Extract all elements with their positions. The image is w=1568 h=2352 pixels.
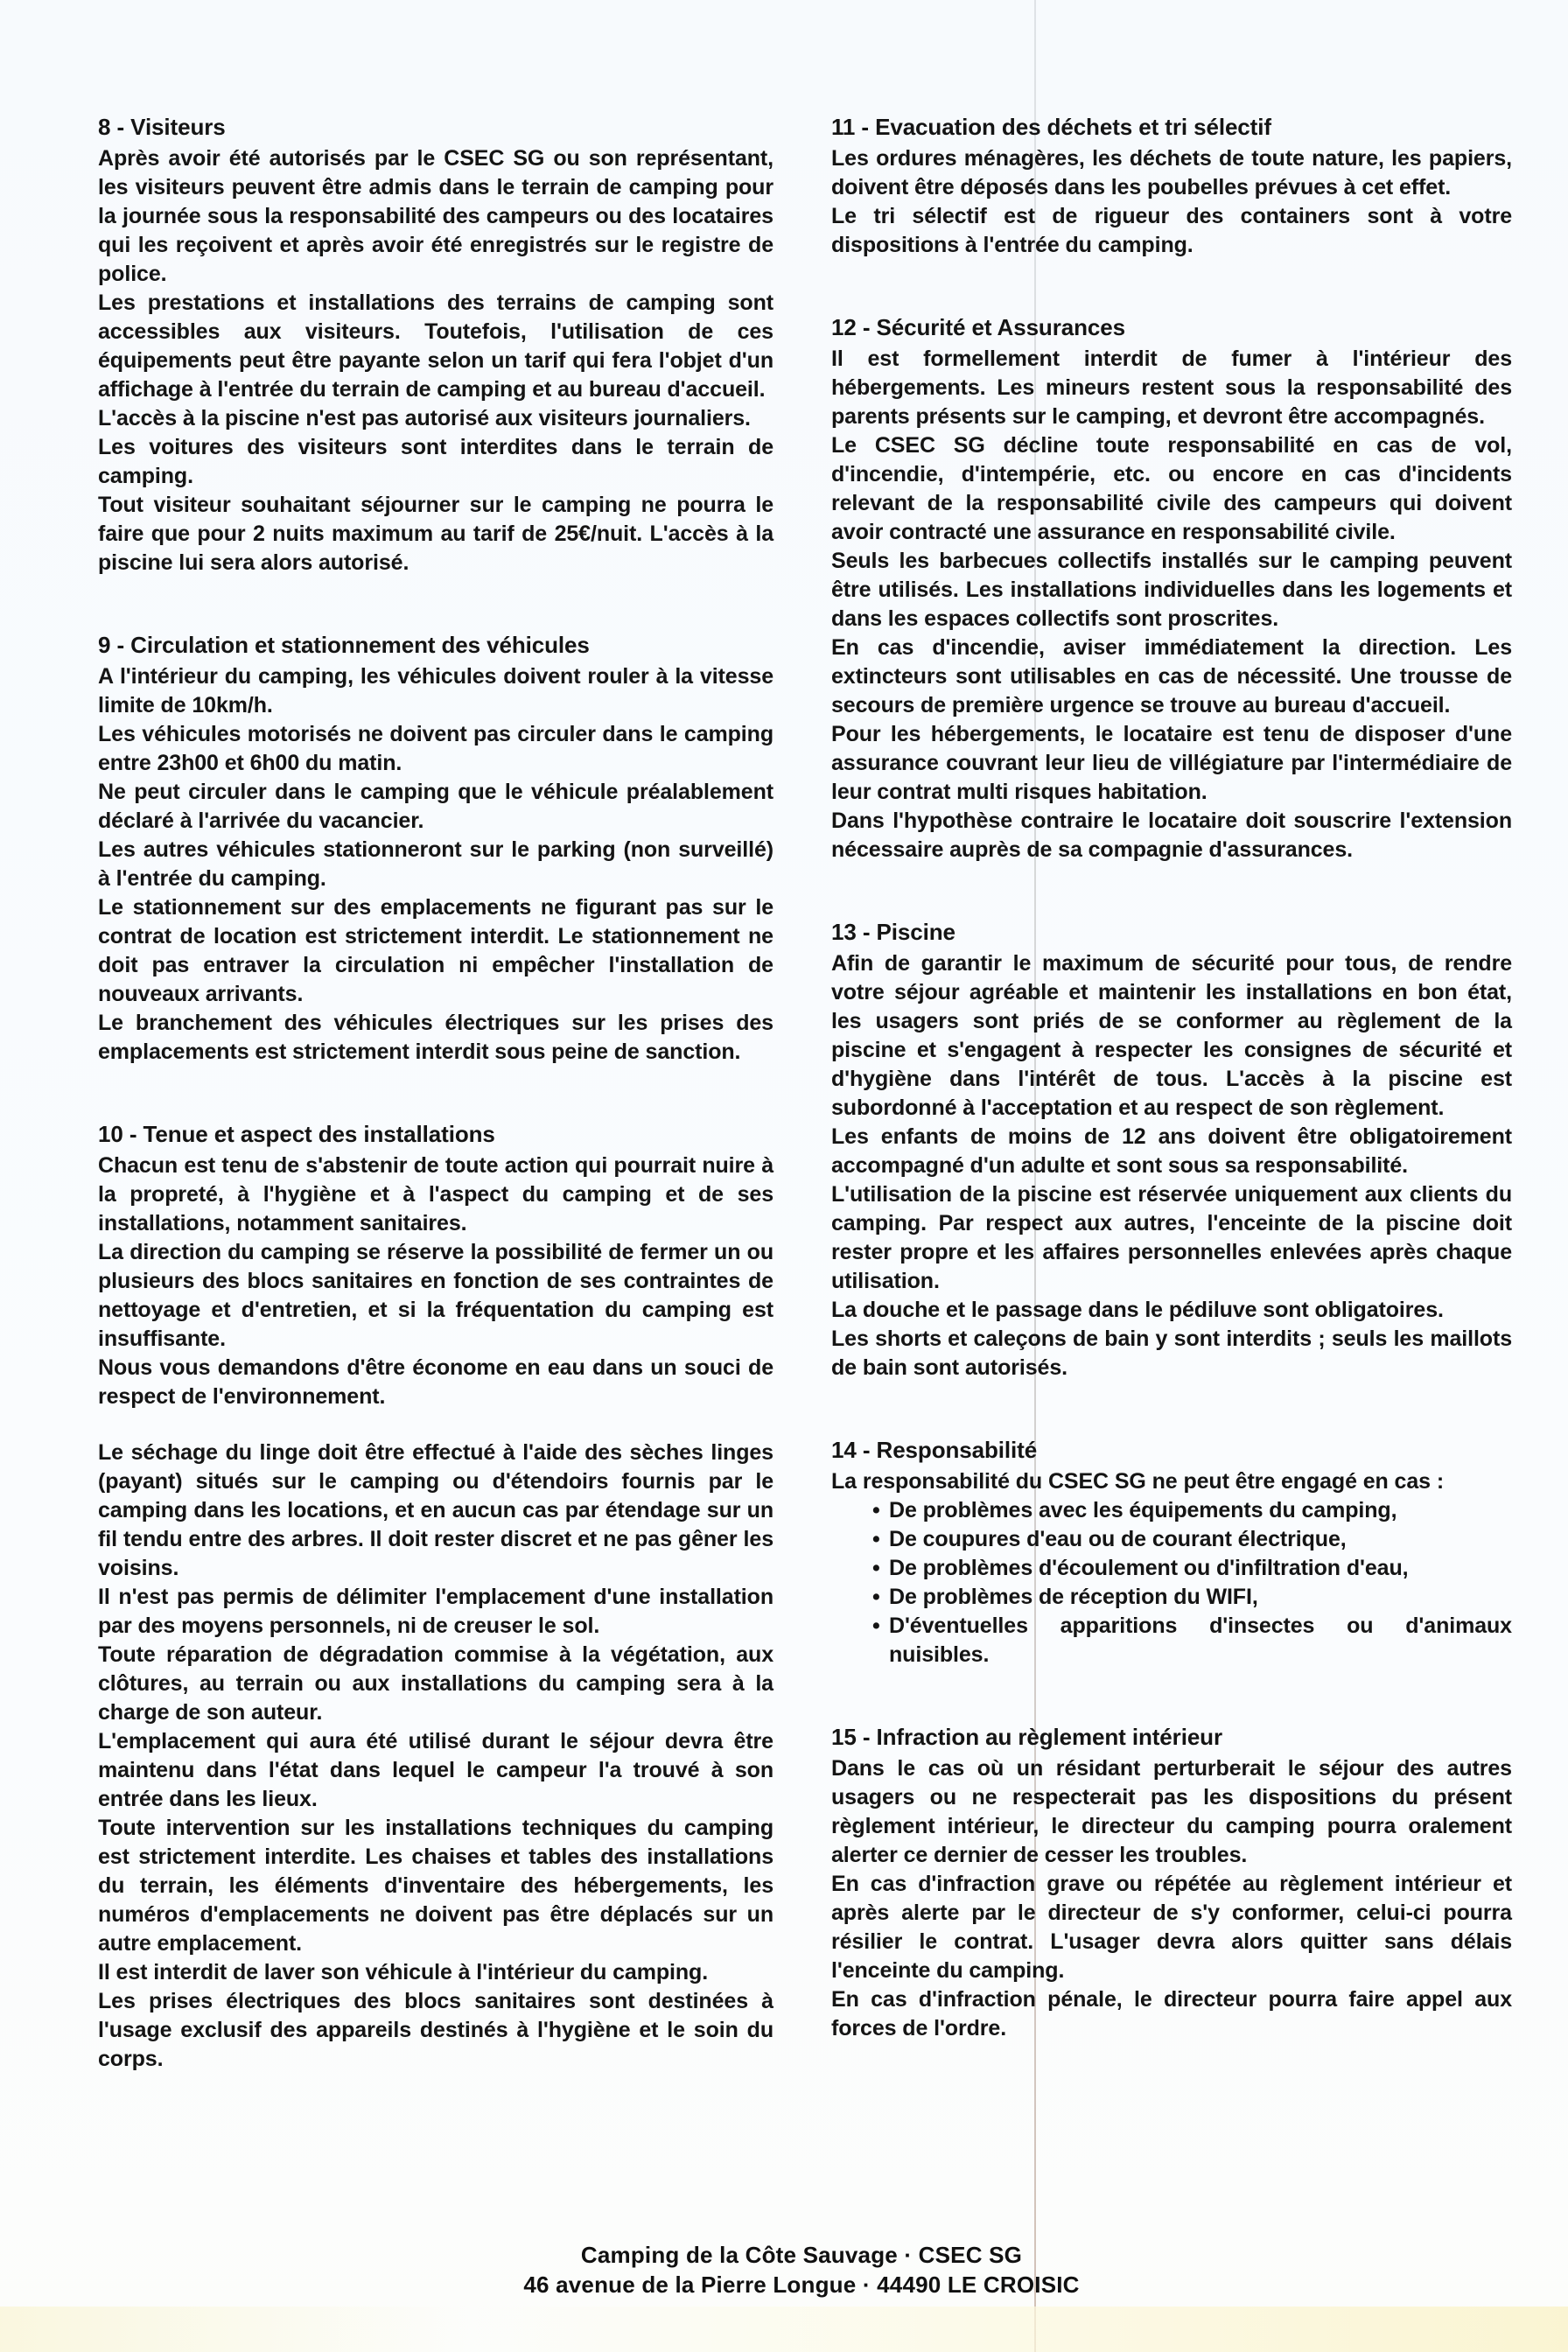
bullet-item: •De problèmes de réception du WIFI, — [831, 1583, 1512, 1612]
paragraph: Dans le cas où un résidant perturberait … — [831, 1754, 1512, 1870]
right-column: 11 - Evacuation des déchets et tri sélec… — [831, 112, 1512, 2096]
paragraph: Le séchage du linge doit être effectué à… — [98, 1438, 773, 1583]
section-title: 8 - Visiteurs — [98, 112, 773, 142]
paragraph: Ne peut circuler dans le camping que le … — [98, 778, 773, 836]
paragraph: L'accès à la piscine n'est pas autorisé … — [98, 404, 773, 433]
section-title: 10 - Tenue et aspect des installations — [98, 1119, 773, 1149]
paragraph: L'emplacement qui aura été utilisé duran… — [98, 1727, 773, 1814]
paragraph: Le tri sélectif est de rigueur des conta… — [831, 202, 1512, 260]
section-title: 14 - Responsabilité — [831, 1435, 1512, 1465]
bullet-item: •De problèmes d'écoulement ou d'infiltra… — [831, 1554, 1512, 1583]
paragraph: Dans l'hypothèse contraire le locataire … — [831, 807, 1512, 864]
paragraph: La douche et le passage dans le pédiluve… — [831, 1296, 1512, 1325]
paragraph: Toute réparation de dégradation commise … — [98, 1641, 773, 1727]
bullet-icon: • — [872, 1583, 880, 1612]
paragraph: En cas d'incendie, aviser immédiatement … — [831, 633, 1512, 720]
page-footer: Camping de la Côte Sauvage · CSEC SG 46 … — [0, 2240, 1568, 2299]
section-title: 12 - Sécurité et Assurances — [831, 312, 1512, 342]
rule-section-11-evacuation-dechets: 11 - Evacuation des déchets et tri sélec… — [831, 112, 1512, 260]
paragraph: Après avoir été autorisés par le CSEC SG… — [98, 144, 773, 289]
paragraph: La responsabilité du CSEC SG ne peut êtr… — [831, 1467, 1512, 1496]
bullet-icon: • — [872, 1525, 880, 1554]
paragraph: Il n'est pas permis de délimiter l'empla… — [98, 1583, 773, 1641]
section-title: 13 - Piscine — [831, 917, 1512, 947]
paragraph: Les enfants de moins de 12 ans doivent ê… — [831, 1123, 1512, 1180]
paragraph: En cas d'infraction pénale, le directeur… — [831, 1985, 1512, 2043]
paragraph: Afin de garantir le maximum de sécurité … — [831, 949, 1512, 1123]
rule-section-12-securite-assurances: 12 - Sécurité et AssurancesIl est formel… — [831, 312, 1512, 864]
section-title: 15 - Infraction au règlement intérieur — [831, 1722, 1512, 1752]
paragraph: Les shorts et caleçons de bain y sont in… — [831, 1325, 1512, 1382]
paragraph: Tout visiteur souhaitant séjourner sur l… — [98, 491, 773, 577]
footer-camping-name: Camping de la Côte Sauvage · CSEC SG — [35, 2240, 1568, 2270]
paragraph: Les autres véhicules stationneront sur l… — [98, 836, 773, 893]
section-title: 9 - Circulation et stationnement des véh… — [98, 630, 773, 660]
rule-section-10-tenue-installations: 10 - Tenue et aspect des installationsCh… — [98, 1119, 773, 2074]
paragraph: Les ordures ménagères, les déchets de to… — [831, 144, 1512, 202]
rule-section-14-responsabilite: 14 - ResponsabilitéLa responsabilité du … — [831, 1435, 1512, 1669]
bullet-icon: • — [872, 1612, 880, 1641]
left-column: 8 - VisiteursAprès avoir été autorisés p… — [98, 112, 773, 2126]
paragraph: Nous vous demandons d'être économe en ea… — [98, 1354, 773, 1411]
bullet-icon: • — [872, 1496, 880, 1525]
paragraph: Il est formellement interdit de fumer à … — [831, 345, 1512, 431]
scanned-document-page: 8 - VisiteursAprès avoir été autorisés p… — [0, 0, 1568, 2352]
paragraph: Le CSEC SG décline toute responsabilité … — [831, 431, 1512, 547]
footer-address: 46 avenue de la Pierre Longue · 44490 LE… — [35, 2270, 1568, 2299]
paragraph: Les voitures des visiteurs sont interdit… — [98, 433, 773, 491]
paragraph: Les véhicules motorisés ne doivent pas c… — [98, 720, 773, 778]
paragraph: Pour les hébergements, le locataire est … — [831, 720, 1512, 807]
paragraph: Chacun est tenu de s'abstenir de toute a… — [98, 1151, 773, 1238]
bullet-item: •D'éventuelles apparitions d'insectes ou… — [831, 1612, 1512, 1669]
paragraph: Toute intervention sur les installations… — [98, 1814, 773, 1958]
rule-section-8-visiteurs: 8 - VisiteursAprès avoir été autorisés p… — [98, 112, 773, 577]
rule-section-13-piscine: 13 - PiscineAfin de garantir le maximum … — [831, 917, 1512, 1382]
paragraph: Le branchement des véhicules électriques… — [98, 1009, 773, 1067]
bullet-item: •De problèmes avec les équipements du ca… — [831, 1496, 1512, 1525]
rule-section-15-infraction-reglement: 15 - Infraction au règlement intérieurDa… — [831, 1722, 1512, 2043]
paragraph: A l'intérieur du camping, les véhicules … — [98, 662, 773, 720]
paragraph: La direction du camping se réserve la po… — [98, 1238, 773, 1354]
paragraph: Les prises électriques des blocs sanitai… — [98, 1987, 773, 2074]
paragraph: L'utilisation de la piscine est réservée… — [831, 1180, 1512, 1296]
section-title: 11 - Evacuation des déchets et tri sélec… — [831, 112, 1512, 142]
paragraph: Les prestations et installations des ter… — [98, 289, 773, 404]
paragraph: Il est interdit de laver son véhicule à … — [98, 1958, 773, 1987]
rule-section-9-circulation: 9 - Circulation et stationnement des véh… — [98, 630, 773, 1067]
paragraph: En cas d'infraction grave ou répétée au … — [831, 1870, 1512, 1985]
paragraph: Le stationnement sur des emplacements ne… — [98, 893, 773, 1009]
scanner-edge-tint — [0, 2306, 1568, 2352]
paragraph: Seuls les barbecues collectifs installés… — [831, 547, 1512, 633]
bullet-icon: • — [872, 1554, 880, 1583]
bullet-item: •De coupures d'eau ou de courant électri… — [831, 1525, 1512, 1554]
